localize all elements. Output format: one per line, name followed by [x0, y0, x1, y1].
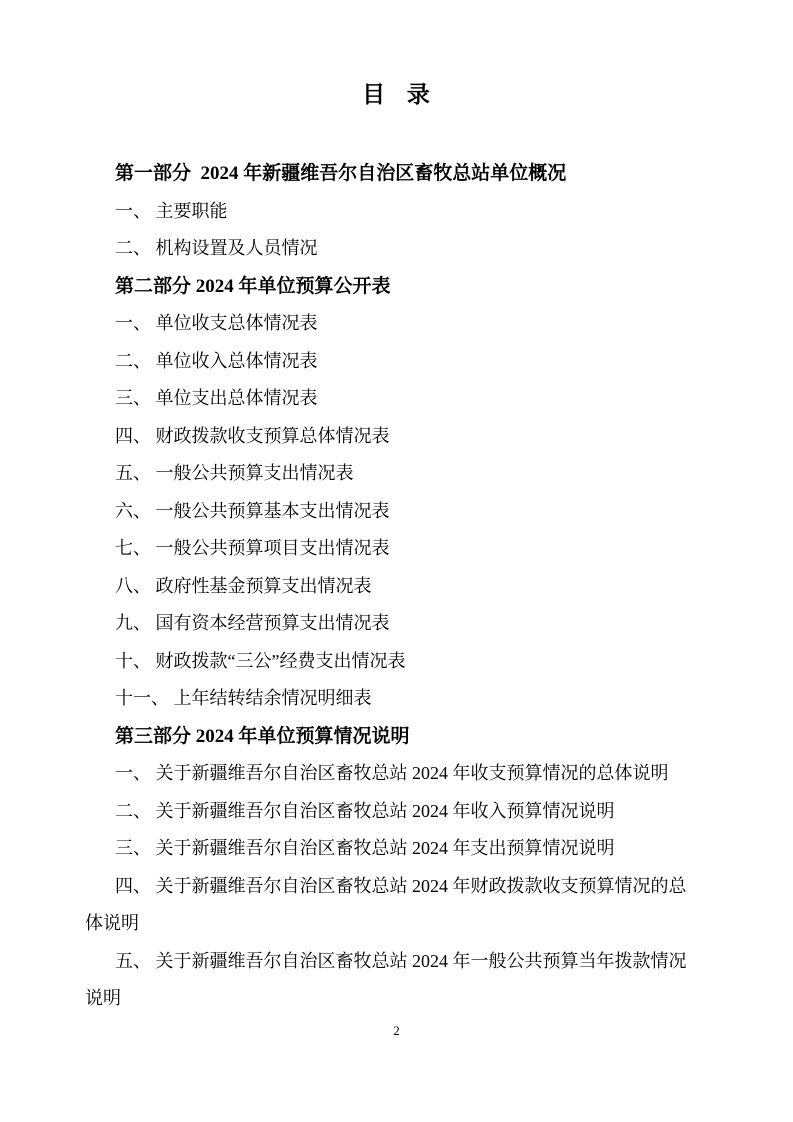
toc-item: 五、 一般公共预算支出情况表	[85, 455, 702, 493]
toc-item: 二、 机构设置及人员情况	[85, 230, 702, 268]
toc-item: 二、 单位收入总体情况表	[85, 343, 702, 381]
document-page: 目 录 第一部分 2024 年新疆维吾尔自治区畜牧总站单位概况 一、 主要职能 …	[0, 0, 793, 1122]
toc-item: 三、 单位支出总体情况表	[85, 380, 702, 418]
toc-item: 十一、 上年结转结余情况明细表	[85, 680, 702, 718]
toc-item: 一、 关于新疆维吾尔自治区畜牧总站 2024 年收支预算情况的总体说明	[85, 755, 702, 793]
toc-item: 十、 财政拨款“三公”经费支出情况表	[85, 643, 702, 681]
toc-item: 六、 一般公共预算基本支出情况表	[85, 493, 702, 531]
toc-item: 一、 主要职能	[85, 193, 702, 231]
toc-item: 八、 政府性基金预算支出情况表	[85, 568, 702, 606]
toc-item: 九、 国有资本经营预算支出情况表	[85, 605, 702, 643]
toc-item: 四、 关于新疆维吾尔自治区畜牧总站 2024 年财政拨款收支预算情况的总体说明	[85, 868, 702, 943]
toc-item: 七、 一般公共预算项目支出情况表	[85, 530, 702, 568]
toc-item: 五、 关于新疆维吾尔自治区畜牧总站 2024 年一般公共预算当年拨款情况说明	[85, 943, 702, 1018]
toc-section-heading-1: 第一部分 2024 年新疆维吾尔自治区畜牧总站单位概况	[85, 155, 702, 193]
toc-section-heading-3: 第三部分 2024 年单位预算情况说明	[85, 718, 702, 756]
page-number: 2	[0, 1022, 793, 1040]
table-of-contents: 第一部分 2024 年新疆维吾尔自治区畜牧总站单位概况 一、 主要职能 二、 机…	[85, 155, 702, 1018]
toc-item: 二、 关于新疆维吾尔自治区畜牧总站 2024 年收入预算情况说明	[85, 793, 702, 831]
toc-section-heading-2: 第二部分 2024 年单位预算公开表	[85, 268, 702, 306]
toc-item: 四、 财政拨款收支预算总体情况表	[85, 418, 702, 456]
toc-item: 三、 关于新疆维吾尔自治区畜牧总站 2024 年支出预算情况说明	[85, 830, 702, 868]
toc-item: 一、 单位收支总体情况表	[85, 305, 702, 343]
page-title: 目 录	[0, 0, 793, 110]
